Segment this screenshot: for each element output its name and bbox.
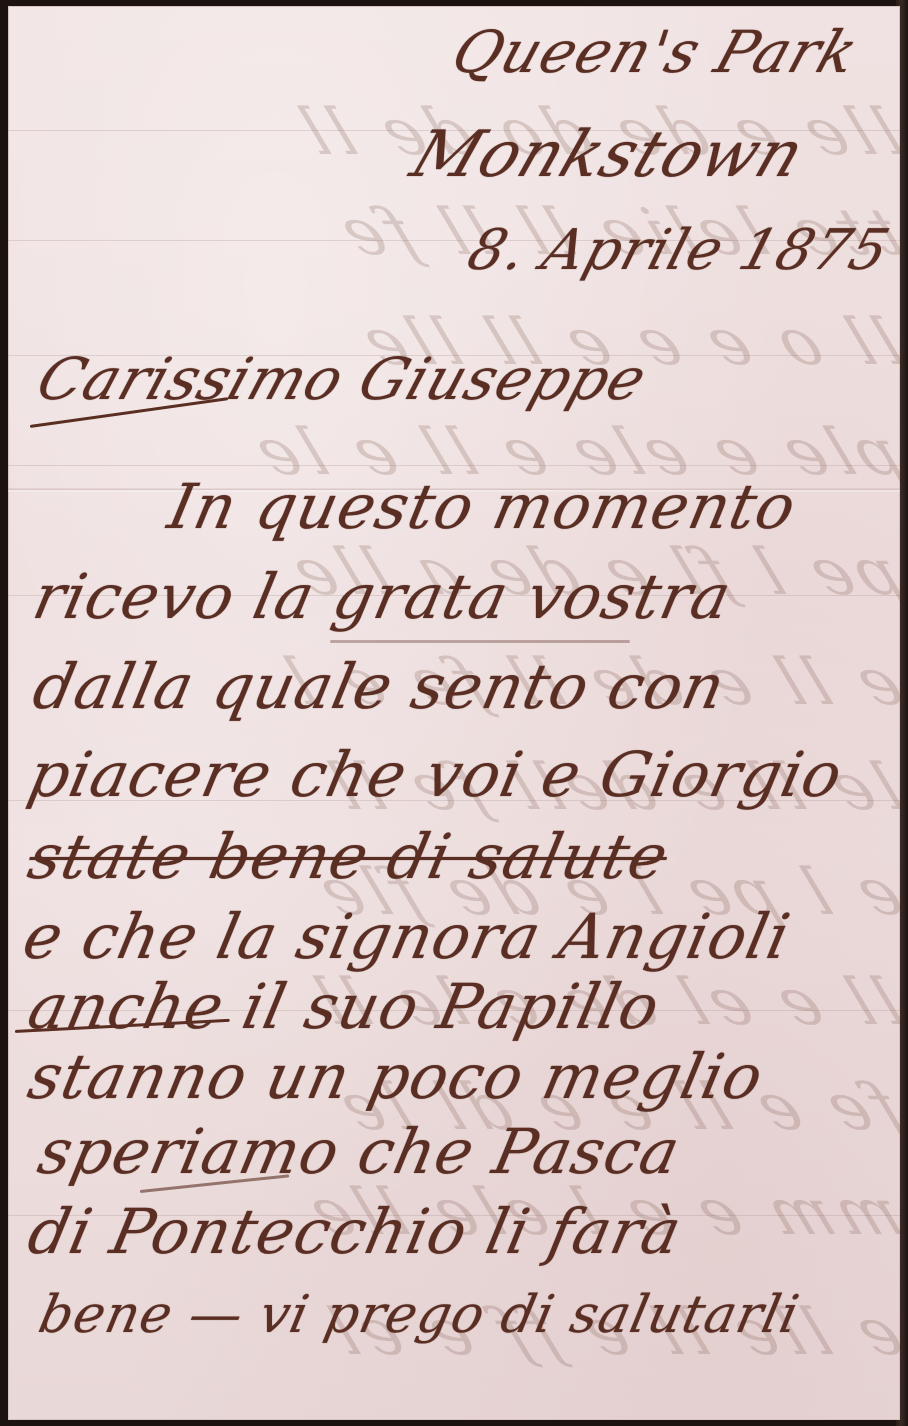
body-line: di Pontecchio li farà (22, 1195, 688, 1268)
letter-date: 8. Aprile 1875 (461, 218, 897, 283)
body-line: dalla quale sento con (27, 650, 732, 723)
address-line-1: Queen's Park (444, 18, 867, 86)
body-line: anche il suo Papillo (22, 970, 666, 1043)
body-line: In questo momento (162, 470, 803, 543)
body-line: stanno un poco meglio (22, 1040, 770, 1113)
body-line: piacere che voi e Giorgio (22, 738, 849, 811)
address-line-2: Monkstown (402, 118, 815, 192)
body-line-struck: state bene di salute (22, 820, 675, 893)
body-line: bene — vi prego di salutarli (34, 1285, 805, 1345)
ink-stroke (330, 640, 630, 643)
body-line: speriamo che Pasca (32, 1115, 686, 1188)
salutation: Carissimo Giuseppe (29, 345, 656, 413)
ruled-line (8, 465, 900, 466)
body-line: e che la signora Angioli (17, 900, 797, 973)
body-line: ricevo la grata vostra (27, 560, 738, 633)
